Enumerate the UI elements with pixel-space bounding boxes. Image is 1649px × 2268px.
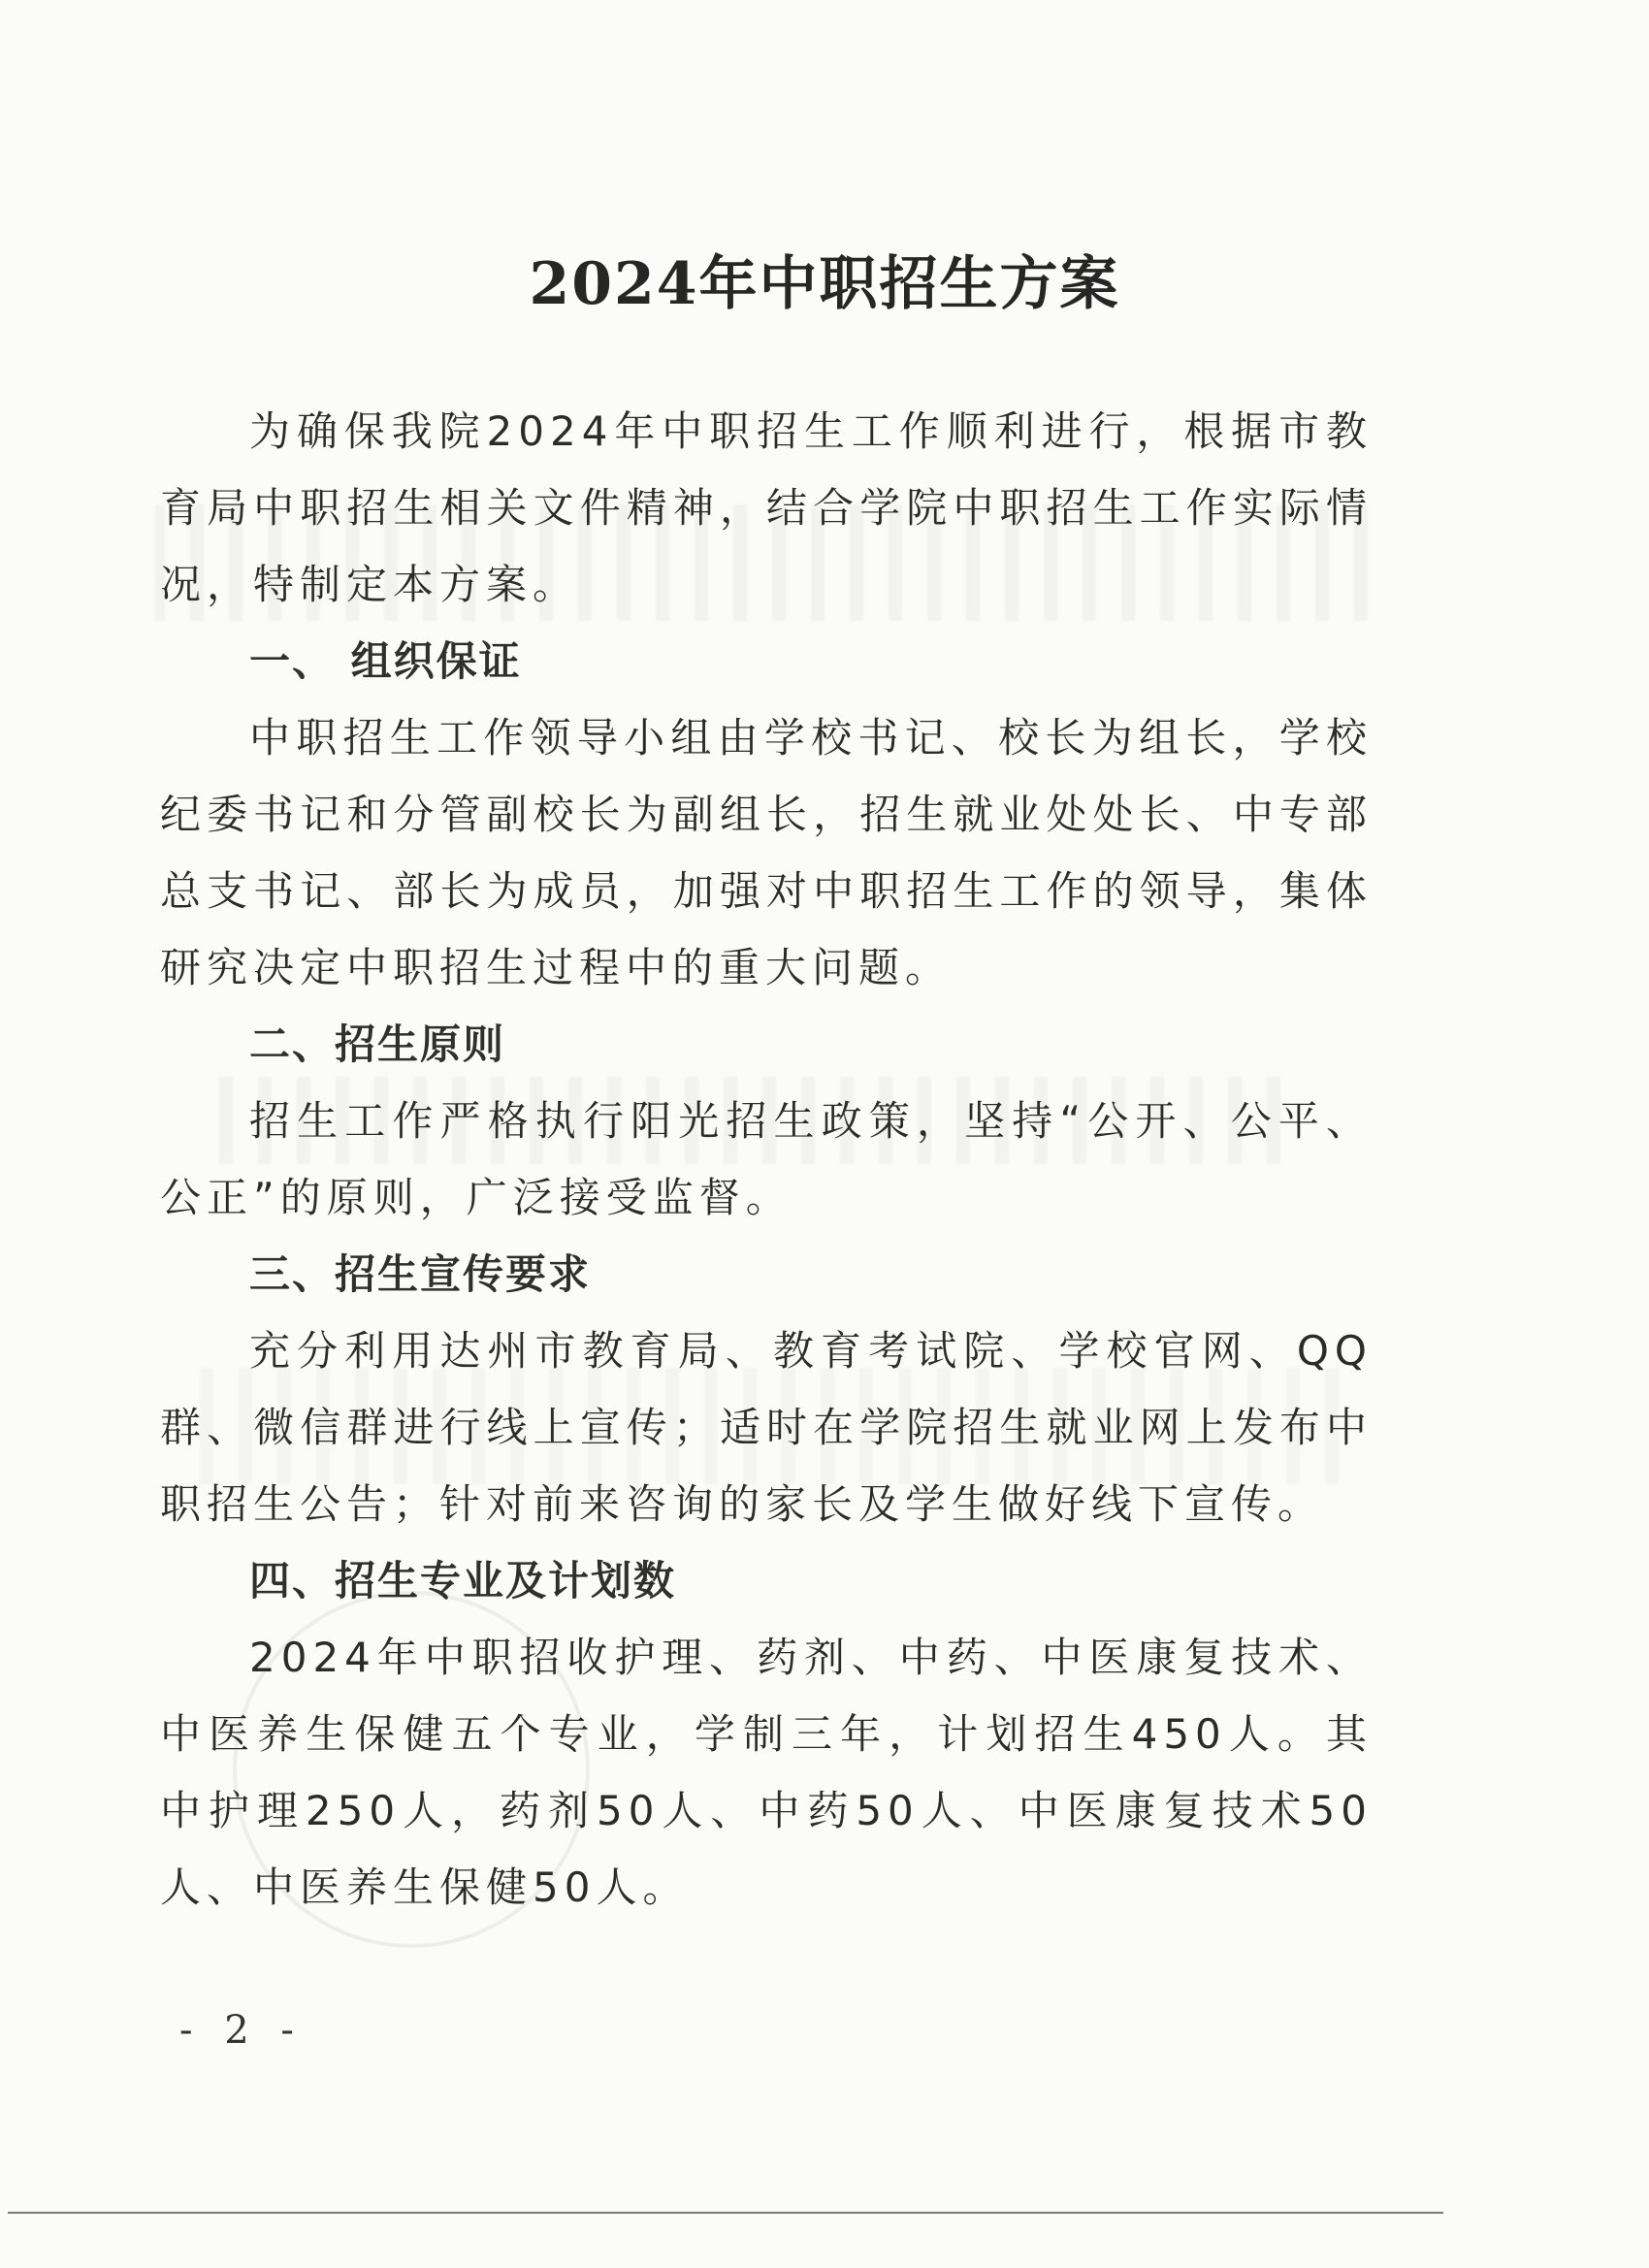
document-page: 2024年中职招生方案 为确保我院2024年中职招生工作顺利进行，根据市教育局中… [0, 0, 1649, 2268]
section-body-publicity: 充分利用达州市教育局、教育考试院、学校官网、QQ群、微信群进行线上宣传；适时在学… [160, 1312, 1373, 1542]
section-heading-majors-quota: 四、招生专业及计划数 [160, 1542, 1373, 1619]
section-body-principles: 招生工作严格执行阳光招生政策，坚持“公开、公平、公正”的原则，广泛接受监督。 [160, 1083, 1373, 1236]
section-body-organization: 中职招生工作领导小组由学校书记、校长为组长，学校纪委书记和分管副校长为副组长，招… [160, 699, 1373, 1006]
section-heading-principles: 二、招生原则 [160, 1006, 1373, 1083]
page-number: - 2 - [179, 2008, 304, 2053]
section-heading-organization: 一、 组织保证 [160, 623, 1373, 699]
intro-paragraph: 为确保我院2024年中职招生工作顺利进行，根据市教育局中职招生相关文件精神，结合… [160, 393, 1373, 623]
section-heading-publicity: 三、招生宣传要求 [160, 1236, 1373, 1312]
page-bottom-rule [8, 2212, 1443, 2214]
document-body: 为确保我院2024年中职招生工作顺利进行，根据市教育局中职招生相关文件精神，结合… [160, 393, 1373, 1926]
section-body-majors-quota: 2024年中职招收护理、药剂、中药、中医康复技术、中医养生保健五个专业，学制三年… [160, 1619, 1373, 1926]
document-title: 2024年中职招生方案 [0, 238, 1649, 321]
